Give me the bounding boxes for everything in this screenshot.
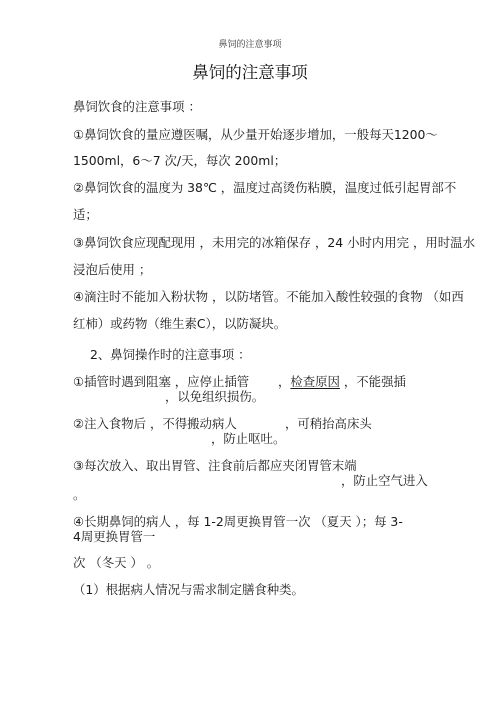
document-page: 鼻饲的注意事项 鼻饲的注意事项 鼻饲饮食的注意事项 ： ①鼻饲饮食的量应遵医嘱，… — [0, 0, 500, 708]
section2-item1-line2: ，以免组织损伤。 — [165, 390, 264, 404]
section1-item4-line2: 红柿）或药物（维生素C），以防凝块。 — [73, 317, 286, 331]
section2-item4-line3: 次 （冬天 ） 。 — [73, 556, 159, 570]
comma: ， — [278, 374, 290, 389]
section1-item3-line2: 浸泡后使用 ； — [73, 263, 151, 277]
section1-heading: 鼻饲饮食的注意事项 ： — [73, 100, 201, 114]
section2-item4-line1: ④长期鼻饲的病人 ，每 1-2周更换胃管一次 （夏天 ）；每 3- — [73, 515, 403, 529]
section2-item2-line1a: ②注入食物后 ，不得搬动病人 — [73, 417, 237, 431]
section2-item3-line2: ，防止空气进入 — [341, 474, 428, 488]
document-title: 鼻饲的注意事项 — [0, 63, 500, 83]
section1-item3-line1: ③鼻饲饮食应现配现用 ，未用完的冰箱保存 ，24 小时内用完 ，用时温水 — [73, 236, 475, 250]
section1-item4-line1: ④滴注时不能加入粉状物 ，以防堵管。不能加入酸性较强的食物 （如西 — [73, 290, 464, 304]
section2-item1-line1b: ，检查原因 ，不能强插 — [278, 375, 406, 389]
section2-heading: 2、鼻饲操作时的注意事项 ： — [90, 348, 251, 362]
section1-item1-line2: 1500ml，6～7 次/天，每次 200ml； — [73, 154, 286, 168]
section2-item3-line1: ③每次放入、取出胃管、注食前后都应夹闭胃管末端 — [73, 459, 357, 473]
section1-item2-line1: ②鼻饲饮食的温度为 38℃ ，温度过高烫伤粘膜，温度过低引起胃部不 — [73, 181, 456, 195]
running-header: 鼻饲的注意事项 — [0, 40, 500, 51]
section2-item2-line1b: ，可稍抬高床头 — [285, 417, 372, 431]
section2-item1-line1a: ①插管时遇到阻塞 ，应停止插管 — [73, 375, 249, 389]
section1-item2-line2: 适； — [73, 208, 98, 222]
section2-item4-line2: 4周更换胃管一 — [73, 530, 155, 544]
section1-item1-line1: ①鼻饲饮食的量应遵医嘱，从少量开始逐步增加，一般每天1200～ — [73, 128, 438, 142]
underlined-phrase: 检查原因 — [290, 374, 340, 389]
section2-item2-line2: ，防止呕吐。 — [211, 432, 285, 446]
diet-type-item: （1）根据病人情况与需求制定膳食种类。 — [73, 583, 304, 597]
trailing-text: ，不能强插 — [340, 374, 406, 389]
section2-item3-line3: 。 — [73, 488, 85, 502]
